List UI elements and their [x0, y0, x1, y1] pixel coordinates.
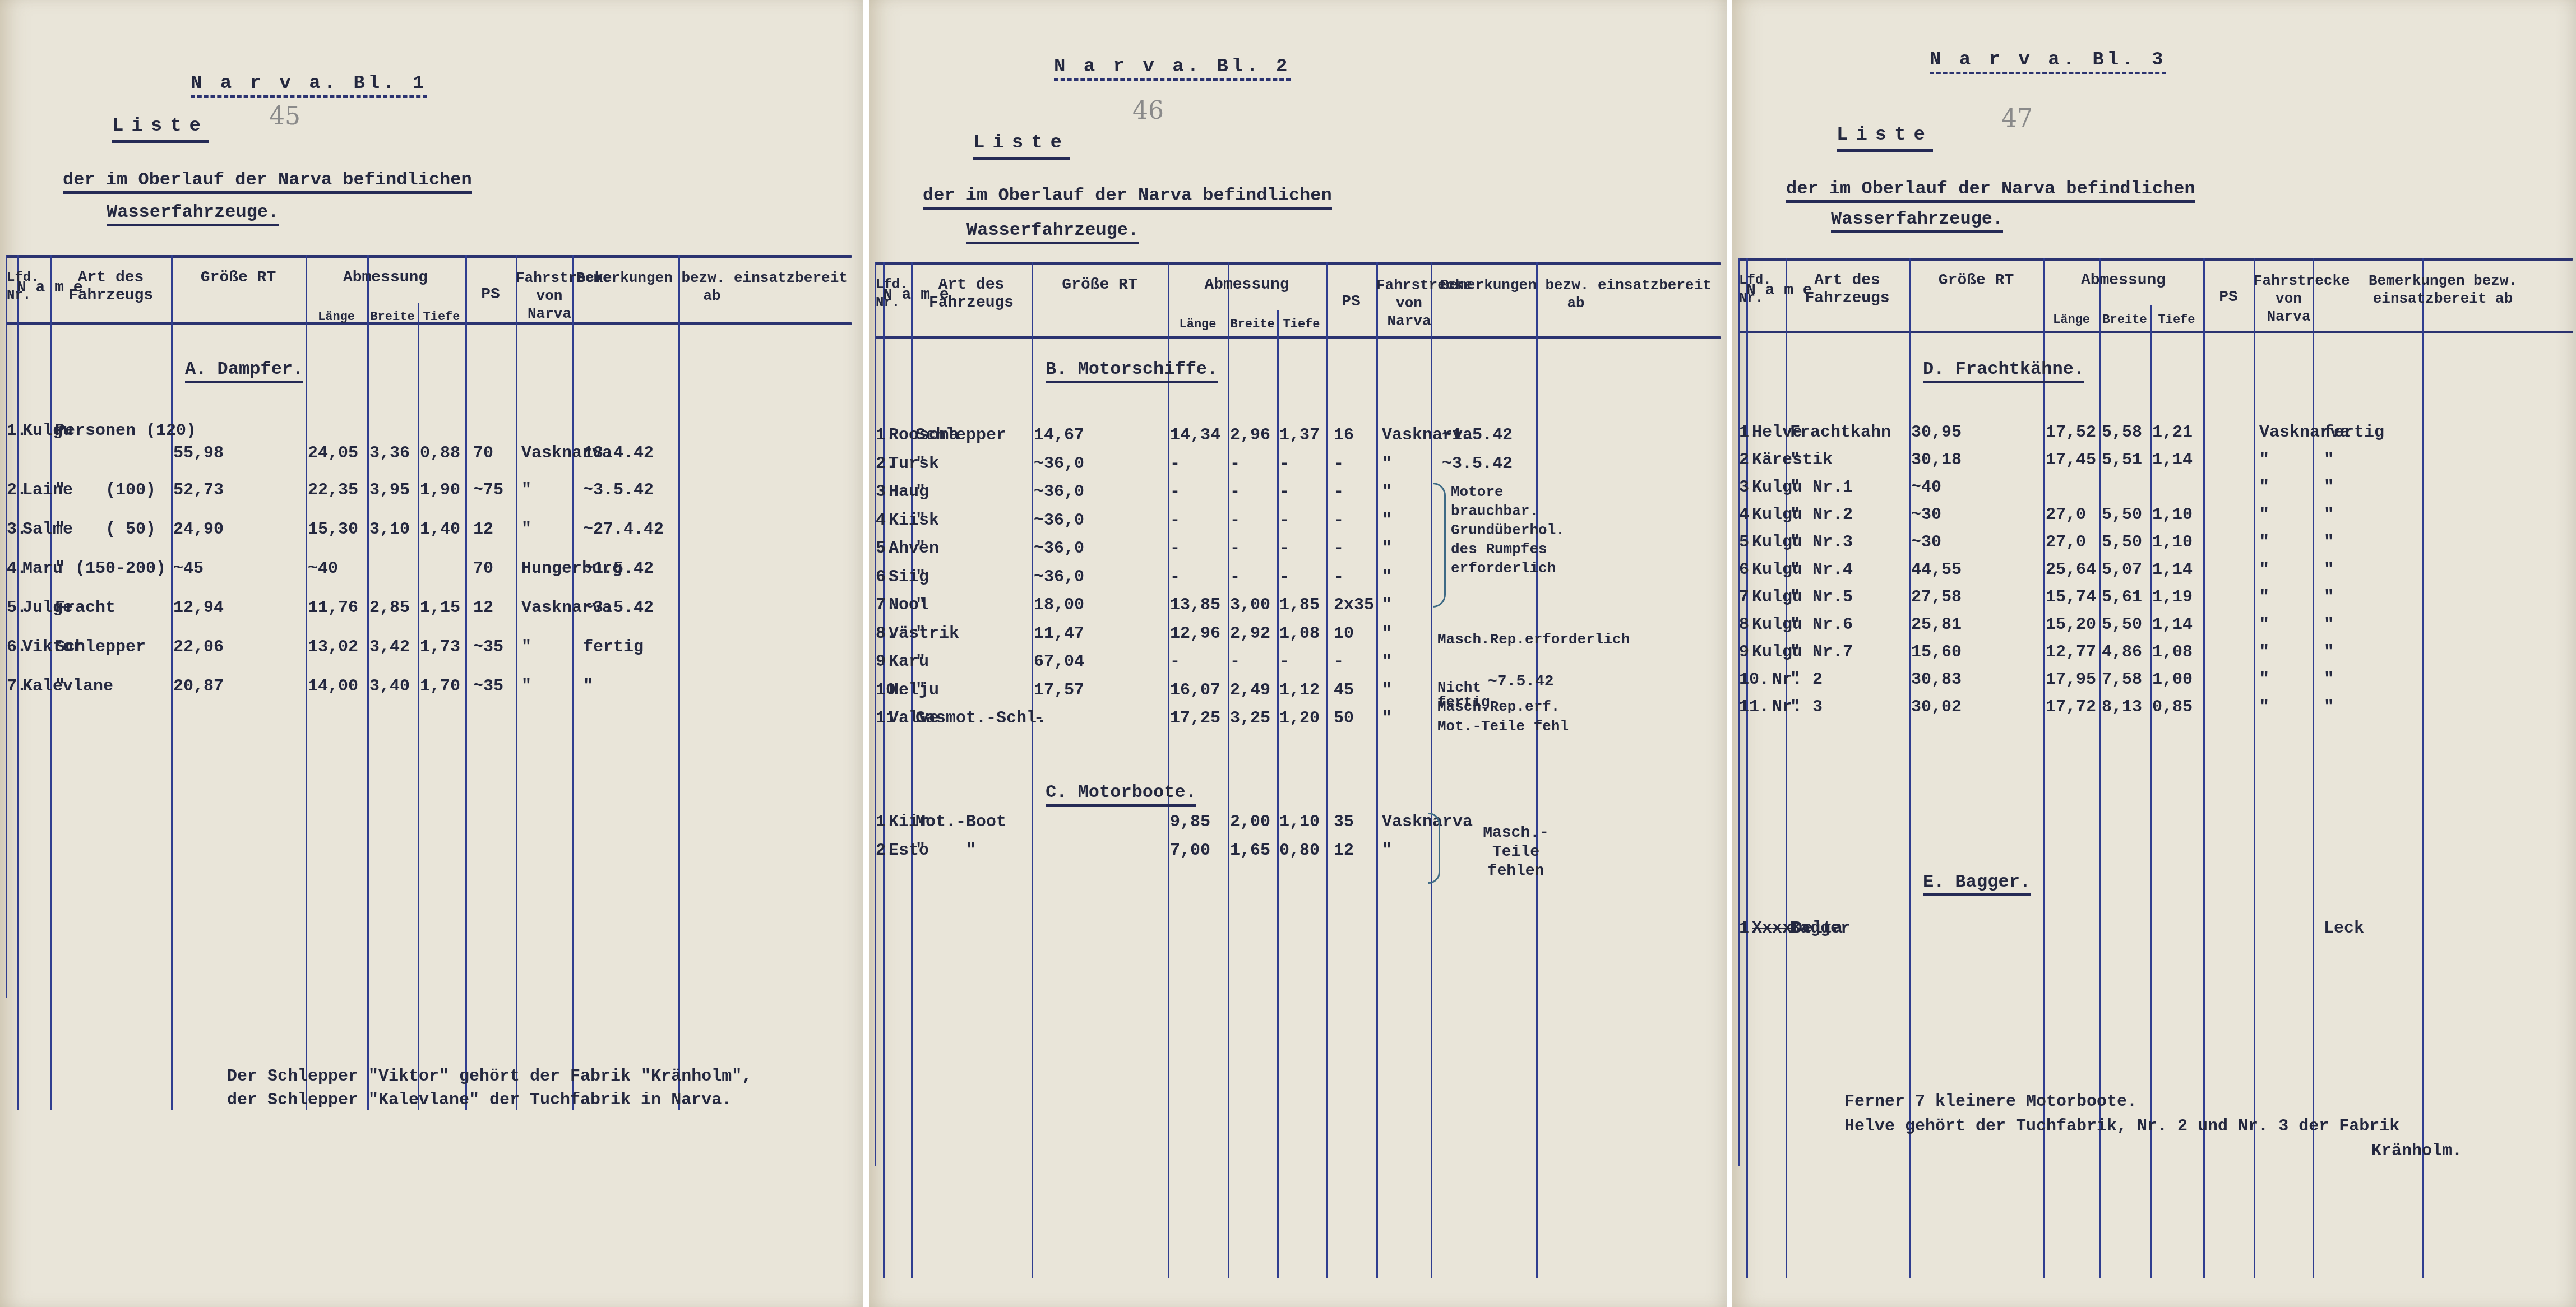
tonnage: 15,60: [1911, 643, 1962, 662]
vessel-type: ": [1790, 478, 1800, 497]
horsepower: 10: [1334, 624, 1354, 643]
folio-number: 46: [1132, 96, 1164, 125]
brace: [1428, 813, 1440, 884]
column-rule: [1228, 262, 1229, 1278]
vessel-name: Helju: [889, 681, 939, 700]
width: 2,92: [1230, 624, 1270, 643]
vessel-name: Nr. 2: [1752, 670, 1823, 689]
vessel-type: ": [1790, 670, 1800, 689]
length: 27,0: [2046, 533, 2086, 552]
vessel-type: ": [1790, 451, 1800, 470]
length: 17,45: [2046, 451, 2096, 470]
column-rule: [1536, 262, 1538, 1278]
horsepower: ~75: [473, 481, 503, 500]
footnote-line: der Schlepper "Kalevlane" der Tuchfabrik…: [227, 1088, 732, 1112]
horsepower: ~35: [473, 677, 503, 696]
remark: ~3.5.42: [583, 599, 654, 618]
vessel-name: Kulgu Nr.2: [1752, 506, 1853, 525]
remark: ": [2324, 615, 2334, 634]
vessel-name: Ahven: [889, 539, 939, 558]
vessel-type: " ": [915, 841, 976, 860]
vessel-name: Tursk: [889, 455, 939, 474]
remark: Leck: [2324, 919, 2364, 938]
route: ": [1382, 681, 1392, 700]
col-abmessung: Abmessung: [1168, 276, 1326, 294]
depth: 1,10: [2152, 506, 2193, 525]
tonnage: -: [1034, 709, 1044, 728]
route: ": [521, 677, 531, 696]
remark-item: Masch.Rep.erforderlich: [1437, 631, 1572, 648]
width: 5,51: [2102, 451, 2142, 470]
depth: 1,73: [420, 638, 460, 657]
horsepower: 2x35: [1334, 596, 1374, 615]
remark: ~3.5.42: [1442, 455, 1513, 474]
col-art: Art des Fahrzeugs: [911, 276, 1032, 312]
horsepower: 35: [1334, 813, 1354, 832]
remark: ": [2324, 451, 2334, 470]
page-2: N a r v a. Bl. 2 46 Liste der im Oberlau…: [869, 0, 1727, 1307]
vessel-name: Kalevlane: [22, 677, 113, 696]
vessel-type: ": [915, 511, 926, 530]
column-rule: [1376, 262, 1378, 1278]
brace: [1433, 483, 1446, 608]
length: 12,96: [1170, 624, 1220, 643]
vessel-type: Schlepper: [55, 638, 146, 657]
route: ": [1382, 568, 1392, 587]
sheet-reference: N a r v a. Bl. 1: [191, 73, 427, 98]
col-bemerkungen: Bemerkungen bezw. einsatzbereit ab: [1431, 276, 1721, 312]
remark-group: Masch.-Teile fehlen: [1460, 824, 1572, 881]
width: 2,00: [1230, 813, 1270, 832]
column-rule: [883, 262, 885, 1278]
depth: 1,14: [2152, 451, 2193, 470]
route: ": [1382, 652, 1392, 671]
depth: 1,14: [2152, 615, 2193, 634]
width: -: [1230, 568, 1240, 587]
width: 3,40: [369, 677, 410, 696]
length: 14,00: [308, 677, 358, 696]
depth: 1,19: [2152, 588, 2193, 607]
width: 4,86: [2102, 643, 2142, 662]
depth: 1,20: [1279, 709, 1320, 728]
length: -: [1170, 568, 1180, 587]
tonnage: ~45: [173, 559, 204, 578]
length: 7,00: [1170, 841, 1210, 860]
width: 3,25: [1230, 709, 1270, 728]
vessel-type: ": [1790, 533, 1800, 552]
remark: ~3.5.42: [583, 481, 654, 500]
tonnage: 30,83: [1911, 670, 1962, 689]
tonnage: ~40: [1911, 478, 1941, 497]
page-title: Liste: [973, 132, 1070, 160]
horsepower: -: [1334, 455, 1344, 474]
tonnage: 30,02: [1911, 698, 1962, 717]
remark: ": [583, 677, 593, 696]
vessel-type: ": [915, 568, 926, 587]
route: ": [1382, 511, 1392, 530]
horsepower: 70: [473, 444, 493, 463]
col-laenge: Länge: [1168, 316, 1228, 333]
depth: 1,14: [2152, 560, 2193, 580]
length: 15,20: [2046, 615, 2096, 634]
vessel-name: Kulgu Nr.4: [1752, 560, 1853, 580]
vessel-type: ": [1790, 506, 1800, 525]
horsepower: 12: [473, 599, 493, 618]
col-abmessung: Abmessung: [306, 269, 465, 287]
depth: 1,15: [420, 599, 460, 618]
depth: 0,85: [2152, 698, 2193, 717]
depth: -: [1279, 539, 1289, 558]
length: 14,34: [1170, 426, 1220, 445]
horsepower: 16: [1334, 426, 1354, 445]
vessel-type: ": [55, 677, 65, 696]
route: ": [2259, 506, 2269, 525]
tonnage: 30,18: [1911, 451, 1962, 470]
tonnage: 67,04: [1034, 652, 1084, 671]
depth: 1,10: [2152, 533, 2193, 552]
width: -: [1230, 455, 1240, 474]
tonnage: 44,55: [1911, 560, 1962, 580]
route: ": [1382, 841, 1392, 860]
remark: ": [2324, 670, 2334, 689]
vessel-name: Kulgu Nr.1: [1752, 478, 1853, 497]
length: 24,05: [308, 444, 358, 463]
depth: 1,37: [1279, 426, 1320, 445]
remark: 18.4.42: [583, 444, 654, 463]
col-name: N a m e: [883, 286, 911, 304]
vessel-name: Kulgu Nr.7: [1752, 643, 1853, 662]
route: ": [1382, 596, 1392, 615]
section-heading: A. Dampfer.: [185, 359, 303, 383]
remark-item: Mot.-Teile fehl: [1437, 715, 1569, 738]
vessel-type: " (150-200): [55, 559, 166, 578]
col-name: N a m e: [17, 279, 50, 297]
subtitle-line-1: der im Oberlauf der Narva befindlichen: [1786, 178, 2195, 203]
route: ": [2259, 643, 2269, 662]
tonnage: ~36,0: [1034, 483, 1084, 502]
tonnage: 52,73: [173, 481, 224, 500]
length: -: [1170, 652, 1180, 671]
route: ": [1382, 483, 1392, 502]
vessel-type: Mot.-Boot: [915, 813, 1006, 832]
length: 11,76: [308, 599, 358, 618]
depth: 1,08: [1279, 624, 1320, 643]
width: 5,07: [2102, 560, 2142, 580]
vessel-type: Gasmot.-Schl.: [915, 709, 1047, 728]
remark: ": [2324, 560, 2334, 580]
header-top-rule: [1738, 258, 2573, 261]
tonnage: 25,81: [1911, 615, 1962, 634]
horsepower: 45: [1334, 681, 1354, 700]
width: 5,50: [2102, 506, 2142, 525]
horsepower: -: [1334, 539, 1344, 558]
vessel-type: ": [915, 455, 926, 474]
vessel-name: Nr. 3: [1752, 698, 1823, 717]
remark: ~1.5.42: [1442, 426, 1513, 445]
vessel-name: Kulgu Nr.3: [1752, 533, 1853, 552]
width: -: [1230, 652, 1240, 671]
column-rule: [1032, 262, 1033, 1278]
vessel-type: ": [1790, 698, 1800, 717]
vessel-type: ": [1790, 615, 1800, 634]
tonnage: ~36,0: [1034, 568, 1084, 587]
horsepower: 12: [473, 520, 493, 539]
remark: ": [2324, 643, 2334, 662]
length: -: [1170, 483, 1180, 502]
remark: fertig: [583, 638, 644, 657]
horsepower: ~35: [473, 638, 503, 657]
depth: -: [1279, 455, 1289, 474]
tonnage: 20,87: [173, 677, 224, 696]
remark: ~27.4.42: [583, 520, 664, 539]
tonnage: 24,90: [173, 520, 224, 539]
route: ": [1382, 709, 1392, 728]
length: 9,85: [1170, 813, 1210, 832]
length: 17,72: [2046, 698, 2096, 717]
width: 5,50: [2102, 533, 2142, 552]
vessel-type: Frachtkahn: [1790, 423, 1891, 442]
col-laenge: Länge: [2043, 311, 2099, 329]
header-top-rule: [6, 255, 852, 258]
tonnage: ~36,0: [1034, 455, 1084, 474]
col-breite: Breite: [367, 308, 418, 326]
col-tiefe: Tiefe: [2150, 311, 2203, 329]
horsepower: -: [1334, 511, 1344, 530]
vessel-type: ": [1790, 643, 1800, 662]
col-groesse: Größe RT: [1909, 272, 2043, 290]
width: 3,10: [369, 520, 410, 539]
column-rule: [1431, 262, 1432, 1278]
depth: 1,70: [420, 677, 460, 696]
tonnage: 17,57: [1034, 681, 1084, 700]
subtitle-line-2: Wasserfahrzeuge.: [1831, 208, 2003, 233]
sheet-reference: N a r v a. Bl. 2: [1054, 56, 1291, 81]
vessel-type: Fracht: [55, 599, 115, 618]
column-rule: [1277, 310, 1279, 1278]
width: 2,85: [369, 599, 410, 618]
col-tiefe: Tiefe: [1277, 316, 1326, 333]
section-heading: C. Motorboote.: [1046, 782, 1196, 807]
route: Vasknarva: [1382, 813, 1473, 832]
subtitle-line-2: Wasserfahrzeuge.: [107, 202, 279, 226]
length: 16,07: [1170, 681, 1220, 700]
vessel-type: ": [915, 596, 926, 615]
section-heading: E. Bagger.: [1923, 872, 2031, 896]
tonnage: ~36,0: [1034, 511, 1084, 530]
depth: 1,21: [2152, 423, 2193, 442]
vessel-type: ": [915, 624, 926, 643]
horsepower: -: [1334, 568, 1344, 587]
width: 5,58: [2102, 423, 2142, 442]
horsepower: 70: [473, 559, 493, 578]
footnote-line: Helve gehört der Tuchfabrik, Nr. 2 und N…: [1844, 1115, 2399, 1138]
column-rule: [1326, 262, 1328, 1278]
col-bemerkungen: Bemerkungen bezw. einsatzbereit ab: [572, 269, 852, 305]
footnote-line: Kränholm.: [2371, 1139, 2462, 1163]
route: ": [521, 481, 531, 500]
vessel-type: " (100): [55, 481, 156, 500]
section-heading: D. Frachtkähne.: [1923, 359, 2084, 383]
remark: ": [2324, 698, 2334, 717]
tonnage: ~30: [1911, 506, 1941, 525]
length: 13,02: [308, 638, 358, 657]
tonnage: 55,98: [173, 444, 224, 463]
width: -: [1230, 511, 1240, 530]
width: 2,96: [1230, 426, 1270, 445]
subtitle-line-2: Wasserfahrzeuge.: [966, 220, 1139, 244]
tonnage: ~30: [1911, 533, 1941, 552]
width: 3,36: [369, 444, 410, 463]
depth: 1,12: [1279, 681, 1320, 700]
depth: 0,80: [1279, 841, 1320, 860]
vessel-type: Schlepper: [915, 426, 1006, 445]
column-rule: [678, 255, 680, 1110]
depth: 1,85: [1279, 596, 1320, 615]
footnote-line: Ferner 7 kleinere Motorboote.: [1844, 1090, 2137, 1114]
horsepower: 12: [1334, 841, 1354, 860]
depth: 1,08: [2152, 643, 2193, 662]
depth: -: [1279, 511, 1289, 530]
route: ": [1382, 539, 1392, 558]
col-abmessung: Abmessung: [2043, 272, 2203, 290]
route: ": [2259, 478, 2269, 497]
footnote-line: Der Schlepper "Viktor" gehört der Fabrik…: [227, 1065, 752, 1088]
column-rule: [572, 255, 574, 1110]
column-rule: [465, 255, 467, 1110]
length: 17,52: [2046, 423, 2096, 442]
column-rule: [418, 303, 419, 1110]
remark: ": [2324, 506, 2334, 525]
col-ps: PS: [465, 286, 516, 304]
page-title: Liste: [112, 115, 209, 143]
vessel-type: ": [915, 483, 926, 502]
column-rule: [367, 255, 369, 1110]
header-bottom-rule: [1738, 331, 2573, 333]
subtitle-line-1: der im Oberlauf der Narva befindlichen: [923, 185, 1332, 210]
width: 7,58: [2102, 670, 2142, 689]
length: -: [1170, 511, 1180, 530]
length: -: [1170, 455, 1180, 474]
length: 22,35: [308, 481, 358, 500]
depth: -: [1279, 568, 1289, 587]
width: -: [1230, 539, 1240, 558]
tonnage: 12,94: [173, 599, 224, 618]
length: 27,0: [2046, 506, 2086, 525]
remark-group: Motore brauchbar. Grundüberhol. des Rump…: [1451, 483, 1574, 578]
column-rule: [2422, 258, 2424, 1278]
folio-number: 45: [269, 102, 300, 131]
col-art: Art des Fahrzeugs: [1786, 272, 1909, 308]
col-ps: PS: [1326, 293, 1376, 311]
header-top-rule: [875, 262, 1721, 265]
col-name: N a m e: [1746, 282, 1786, 300]
vessel-type: Personen (120): [55, 421, 196, 441]
vessel-type: ": [1790, 560, 1800, 580]
vessel-type: ": [1790, 588, 1800, 607]
horsepower: 50: [1334, 709, 1354, 728]
remark: ": [2324, 588, 2334, 607]
col-bemerkungen: Bemerkungen bezw. einsatzbereit ab: [2313, 272, 2573, 308]
route: ": [1382, 624, 1392, 643]
col-breite: Breite: [2099, 311, 2150, 329]
vessel-type: ": [915, 681, 926, 700]
depth: 1,00: [2152, 670, 2193, 689]
column-rule: [516, 255, 517, 1110]
width: 5,61: [2102, 588, 2142, 607]
tonnage: 18,00: [1034, 596, 1084, 615]
col-laenge: Länge: [306, 308, 367, 326]
depth: 1,10: [1279, 813, 1320, 832]
vessel-type: ": [915, 539, 926, 558]
sheet-reference: N a r v a. Bl. 3: [1930, 49, 2166, 74]
tonnage: 11,47: [1034, 624, 1084, 643]
width: 3,95: [369, 481, 410, 500]
route: ": [2259, 451, 2269, 470]
depth: 0,88: [420, 444, 460, 463]
vessel-name: Kulgu Nr.6: [1752, 615, 1853, 634]
route: ": [521, 520, 531, 539]
vessel-type: Bagger: [1790, 919, 1851, 938]
vessel-name: Kulgu Nr.5: [1752, 588, 1853, 607]
col-ps: PS: [2203, 289, 2254, 307]
col-breite: Breite: [1228, 316, 1277, 333]
horsepower: -: [1334, 483, 1344, 502]
column-rule: [6, 255, 7, 998]
route: ": [2259, 588, 2269, 607]
tonnage: 27,58: [1911, 588, 1962, 607]
subtitle-line-1: der im Oberlauf der Narva befindlichen: [63, 169, 472, 194]
remark: ~1.5.42: [583, 559, 654, 578]
tonnage: 14,67: [1034, 426, 1084, 445]
remark: fertig: [2324, 423, 2384, 442]
folio-number: 47: [2001, 104, 2033, 133]
route: ": [1382, 455, 1392, 474]
length: -: [1170, 539, 1180, 558]
length: 15,74: [2046, 588, 2096, 607]
remark: ": [2324, 478, 2334, 497]
route: ": [2259, 560, 2269, 580]
col-tiefe: Tiefe: [418, 308, 465, 326]
width: 1,65: [1230, 841, 1270, 860]
route: ": [2259, 615, 2269, 634]
width: 5,50: [2102, 615, 2142, 634]
vessel-name: Kiisk: [889, 511, 939, 530]
length: 17,25: [1170, 709, 1220, 728]
length: 12,77: [2046, 643, 2096, 662]
column-rule: [171, 255, 173, 1110]
column-rule: [1168, 262, 1169, 1278]
depth: -: [1279, 483, 1289, 502]
col-art: Art des Fahrzeugs: [50, 269, 171, 305]
column-rule: [306, 255, 307, 1110]
width: 8,13: [2102, 698, 2142, 717]
tonnage: 30,95: [1911, 423, 1962, 442]
section-heading: B. Motorschiffe.: [1046, 359, 1218, 383]
depth: 1,40: [420, 520, 460, 539]
tonnage: 22,06: [173, 638, 224, 657]
header-bottom-rule: [875, 336, 1721, 339]
col-groesse: Größe RT: [171, 269, 306, 287]
column-rule: [1746, 258, 1748, 1278]
vessel-type: ": [915, 652, 926, 671]
length: 25,64: [2046, 560, 2096, 580]
width: 3,42: [369, 638, 410, 657]
page-title: Liste: [1837, 124, 1933, 152]
length: 13,85: [1170, 596, 1220, 615]
depth: 1,90: [420, 481, 460, 500]
width: -: [1230, 483, 1240, 502]
depth: -: [1279, 652, 1289, 671]
